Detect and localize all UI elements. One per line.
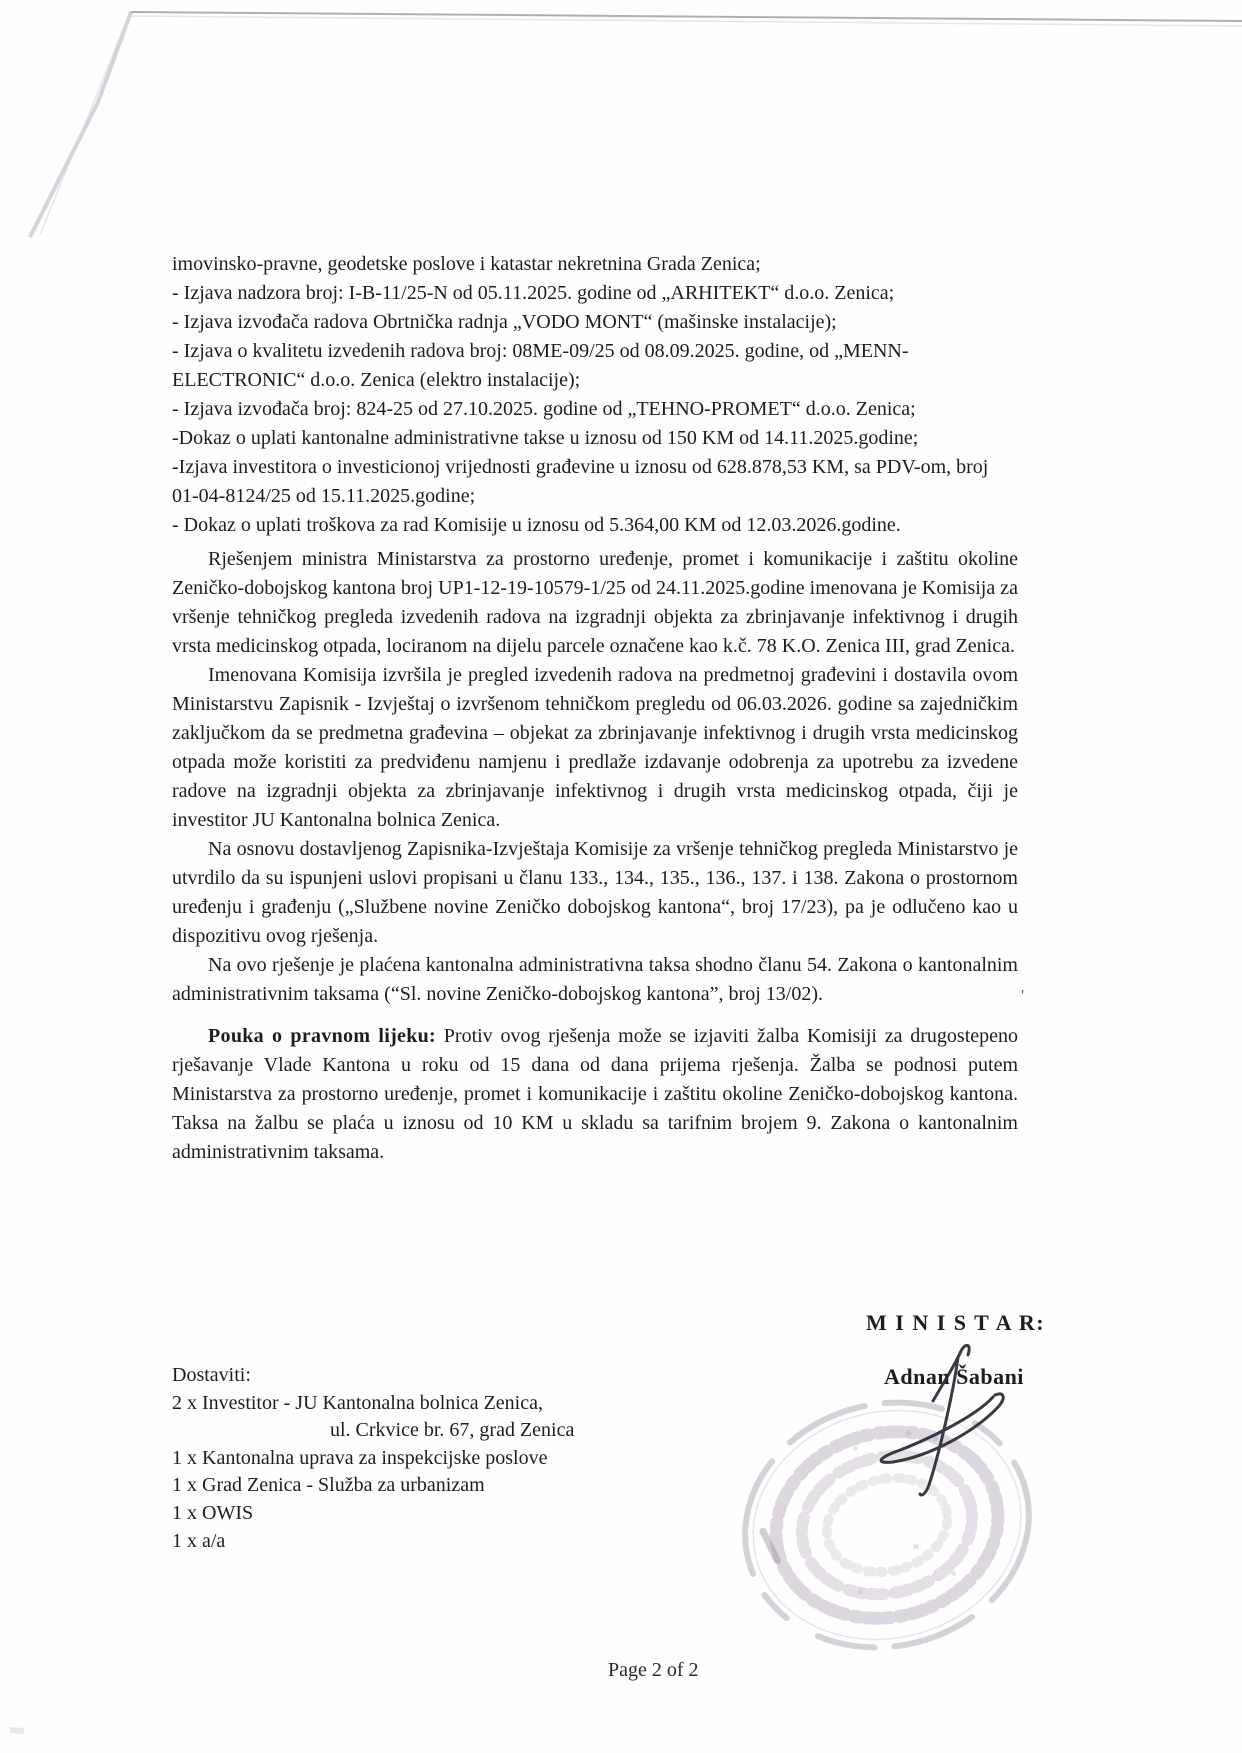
- official-round-stamp: [725, 1383, 1050, 1668]
- body-paragraph-legal-basis: Na osnovu dostavljenog Zapisnika-Izvješt…: [172, 835, 1018, 951]
- legal-remedy-paragraph: Pouka o pravnom lijeku: Protiv ovog rješ…: [172, 1022, 1018, 1167]
- body-paragraph-tax-paid: Na ovo rješenje je plaćena kantonalna ad…: [172, 951, 1018, 1009]
- distribution-item: 1 x a/a: [172, 1528, 574, 1556]
- body-paragraph-inspection-report: Imenovana Komisija izvršila je pregled i…: [172, 661, 1018, 835]
- evidence-item: - Izjava izvođača radova Obrtnička radnj…: [172, 308, 1018, 337]
- evidence-item: - Dokaz o uplati troškova za rad Komisij…: [172, 511, 1018, 540]
- distribution-item: 1 x OWIS: [172, 1500, 574, 1528]
- document-page: imovinsko-pravne, geodetske poslove i ka…: [0, 0, 1242, 1753]
- distribution-list: Dostaviti: 2 x Investitor - JU Kantonaln…: [172, 1362, 574, 1555]
- distribution-item: 1 x Grad Zenica - Služba za urbanizam: [172, 1472, 574, 1500]
- evidence-item: -Dokaz o uplati kantonalne administrativ…: [172, 424, 1018, 453]
- body-paragraph-commission-appointment: Rješenjem ministra Ministarstva za prost…: [172, 545, 1018, 661]
- evidence-item: - Izjava o kvalitetu izvedenih radova br…: [172, 337, 1018, 395]
- minister-title: M I N I S T A R:: [866, 1310, 1045, 1336]
- evidence-item: - Izjava izvođača broj: 824-25 od 27.10.…: [172, 395, 1018, 424]
- legal-remedy-label: Pouka o pravnom lijeku:: [208, 1025, 436, 1047]
- continuation-line: imovinsko-pravne, geodetske poslove i ka…: [172, 250, 1018, 279]
- scan-speck: ': [1021, 986, 1024, 1006]
- distribution-item: 1 x Kantonalna uprava za inspekcijske po…: [172, 1445, 574, 1473]
- distribution-item-address: ul. Crkvice br. 67, grad Zenica: [330, 1417, 574, 1445]
- minister-name: Adnan Šabani: [884, 1364, 1024, 1390]
- distribution-label: Dostaviti:: [172, 1362, 574, 1390]
- minister-signature-ink: [855, 1335, 1055, 1510]
- document-body: imovinsko-pravne, geodetske poslove i ka…: [172, 250, 1018, 1167]
- distribution-item: 2 x Investitor - JU Kantonalna bolnica Z…: [172, 1390, 574, 1418]
- evidence-item: -Izjava investitora o investicionoj vrij…: [172, 453, 1018, 511]
- evidence-item: - Izjava nadzora broj: I-B-11/25-N od 05…: [172, 279, 1018, 308]
- page-number: Page 2 of 2: [608, 1659, 699, 1682]
